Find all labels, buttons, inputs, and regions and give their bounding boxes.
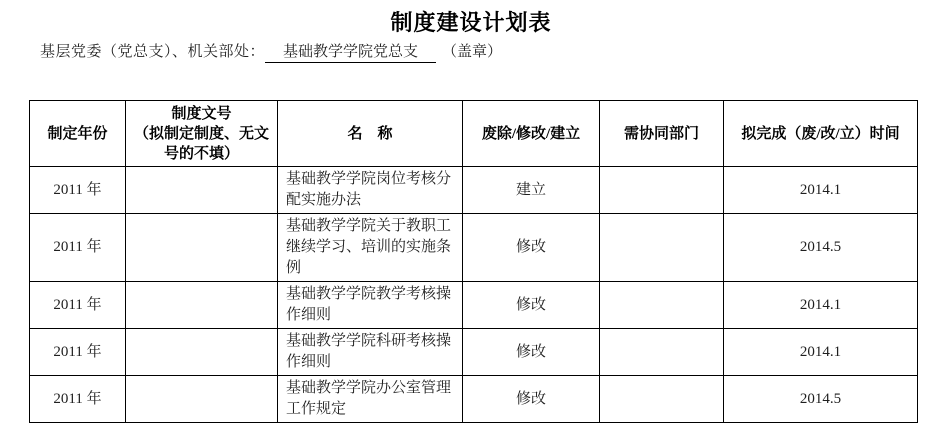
cell-doc-no bbox=[126, 214, 278, 282]
page-title: 制度建设计划表 bbox=[0, 6, 942, 37]
cell-coop-dept bbox=[600, 167, 724, 214]
cell-completion-time: 2014.5 bbox=[724, 214, 918, 282]
col-header-doc-no-line1: 制度文号 bbox=[171, 106, 231, 122]
cell-doc-no bbox=[126, 376, 278, 423]
cell-completion-time: 2014.1 bbox=[724, 329, 918, 376]
cell-coop-dept bbox=[600, 376, 724, 423]
cell-action: 建立 bbox=[463, 167, 600, 214]
cell-coop-dept bbox=[600, 329, 724, 376]
cell-coop-dept bbox=[600, 282, 724, 329]
col-header-doc-no: 制度文号 （拟制定制度、无文号的不填） bbox=[126, 101, 278, 167]
cell-completion-time: 2014.1 bbox=[724, 167, 918, 214]
cell-coop-dept bbox=[600, 214, 724, 282]
col-header-doc-no-line2: （拟制定制度、无文号的不填） bbox=[134, 126, 269, 162]
cell-action: 修改 bbox=[463, 282, 600, 329]
seal-note: （盖章） bbox=[442, 44, 502, 60]
cell-year: 2011 年 bbox=[30, 376, 126, 423]
plan-table: 制定年份 制度文号 （拟制定制度、无文号的不填） 名 称 废除/修改/建立 需协… bbox=[29, 100, 918, 423]
cell-year: 2011 年 bbox=[30, 214, 126, 282]
cell-action: 修改 bbox=[463, 329, 600, 376]
cell-year: 2011 年 bbox=[30, 282, 126, 329]
cell-action: 修改 bbox=[463, 214, 600, 282]
table-row: 2011 年 基础教学学院关于教职工继续学习、培训的实施条例 修改 2014.5 bbox=[30, 214, 918, 282]
cell-year: 2011 年 bbox=[30, 329, 126, 376]
col-header-year: 制定年份 bbox=[30, 101, 126, 167]
cell-name: 基础教学学院岗位考核分配实施办法 bbox=[278, 167, 463, 214]
cell-doc-no bbox=[126, 282, 278, 329]
col-header-completion-time: 拟完成（废/改/立）时间 bbox=[724, 101, 918, 167]
table-row: 2011 年 基础教学学院教学考核操作细则 修改 2014.1 bbox=[30, 282, 918, 329]
col-header-action: 废除/修改/建立 bbox=[463, 101, 600, 167]
org-form-label: 基层党委（党总支）、机关部处： bbox=[40, 44, 265, 60]
org-form-line: 基层党委（党总支）、机关部处：基础教学学院党总支（盖章） bbox=[40, 40, 502, 63]
cell-name: 基础教学学院办公室管理工作规定 bbox=[278, 376, 463, 423]
table-row: 2011 年 基础教学学院办公室管理工作规定 修改 2014.5 bbox=[30, 376, 918, 423]
table-row: 2011 年 基础教学学院岗位考核分配实施办法 建立 2014.1 bbox=[30, 167, 918, 214]
table-header-row: 制定年份 制度文号 （拟制定制度、无文号的不填） 名 称 废除/修改/建立 需协… bbox=[30, 101, 918, 167]
org-form-value: 基础教学学院党总支 bbox=[265, 40, 436, 63]
cell-completion-time: 2014.1 bbox=[724, 282, 918, 329]
cell-name: 基础教学学院科研考核操作细则 bbox=[278, 329, 463, 376]
cell-doc-no bbox=[126, 167, 278, 214]
cell-completion-time: 2014.5 bbox=[724, 376, 918, 423]
cell-name: 基础教学学院关于教职工继续学习、培训的实施条例 bbox=[278, 214, 463, 282]
cell-doc-no bbox=[126, 329, 278, 376]
col-header-name: 名 称 bbox=[278, 101, 463, 167]
cell-year: 2011 年 bbox=[30, 167, 126, 214]
table-row: 2011 年 基础教学学院科研考核操作细则 修改 2014.1 bbox=[30, 329, 918, 376]
cell-name: 基础教学学院教学考核操作细则 bbox=[278, 282, 463, 329]
col-header-coop-dept: 需协同部门 bbox=[600, 101, 724, 167]
cell-action: 修改 bbox=[463, 376, 600, 423]
